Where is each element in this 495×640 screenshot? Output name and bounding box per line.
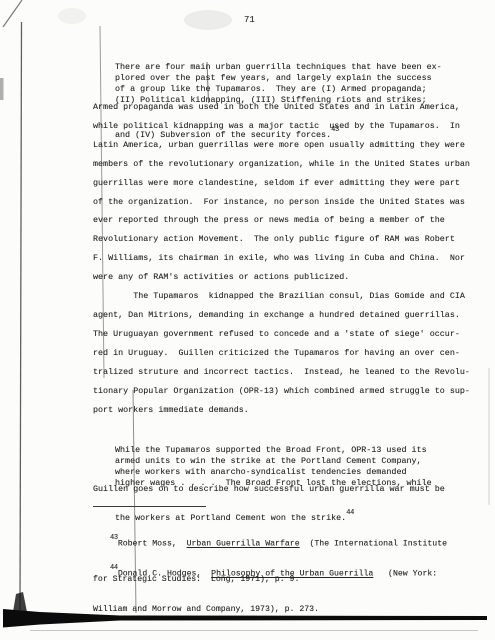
- footnote-44-publisher: (New York:: [373, 569, 437, 578]
- scanned-document-page: 71 There are four main urban guerrilla t…: [0, 0, 495, 640]
- smudge-top-center: [184, 10, 232, 30]
- footnote-44-line1: 44Donald C. Hodges, Philosophy of the Ur…: [93, 566, 437, 581]
- footnote-44-line2: William and Morrow and Company, 1973), p…: [93, 604, 437, 616]
- smudge-top-left: [58, 8, 86, 24]
- closing-line: Guillen goes on to describe how successf…: [93, 480, 445, 499]
- corner-diagonal-line: [3, 0, 22, 27]
- footnote-44-title-underlined: Philosophy of the Urban Guerrilla: [211, 569, 373, 578]
- left-edge-mark: [0, 78, 4, 100]
- bottom-left-ink-blob: [13, 592, 27, 612]
- footnote-43-marker: 43: [110, 534, 118, 542]
- main-paragraph: Armed propaganda was used in both the Un…: [93, 98, 470, 419]
- footnote-44-marker: 44: [110, 564, 118, 572]
- footnote-separator-rule: [93, 506, 206, 507]
- left-margin-fold-line: [20, 22, 22, 610]
- footnote-44-author: Donald C. Hodges,: [118, 569, 211, 578]
- page-number: 71: [244, 15, 255, 25]
- footnote-44: 44Donald C. Hodges, Philosophy of the Ur…: [93, 542, 437, 639]
